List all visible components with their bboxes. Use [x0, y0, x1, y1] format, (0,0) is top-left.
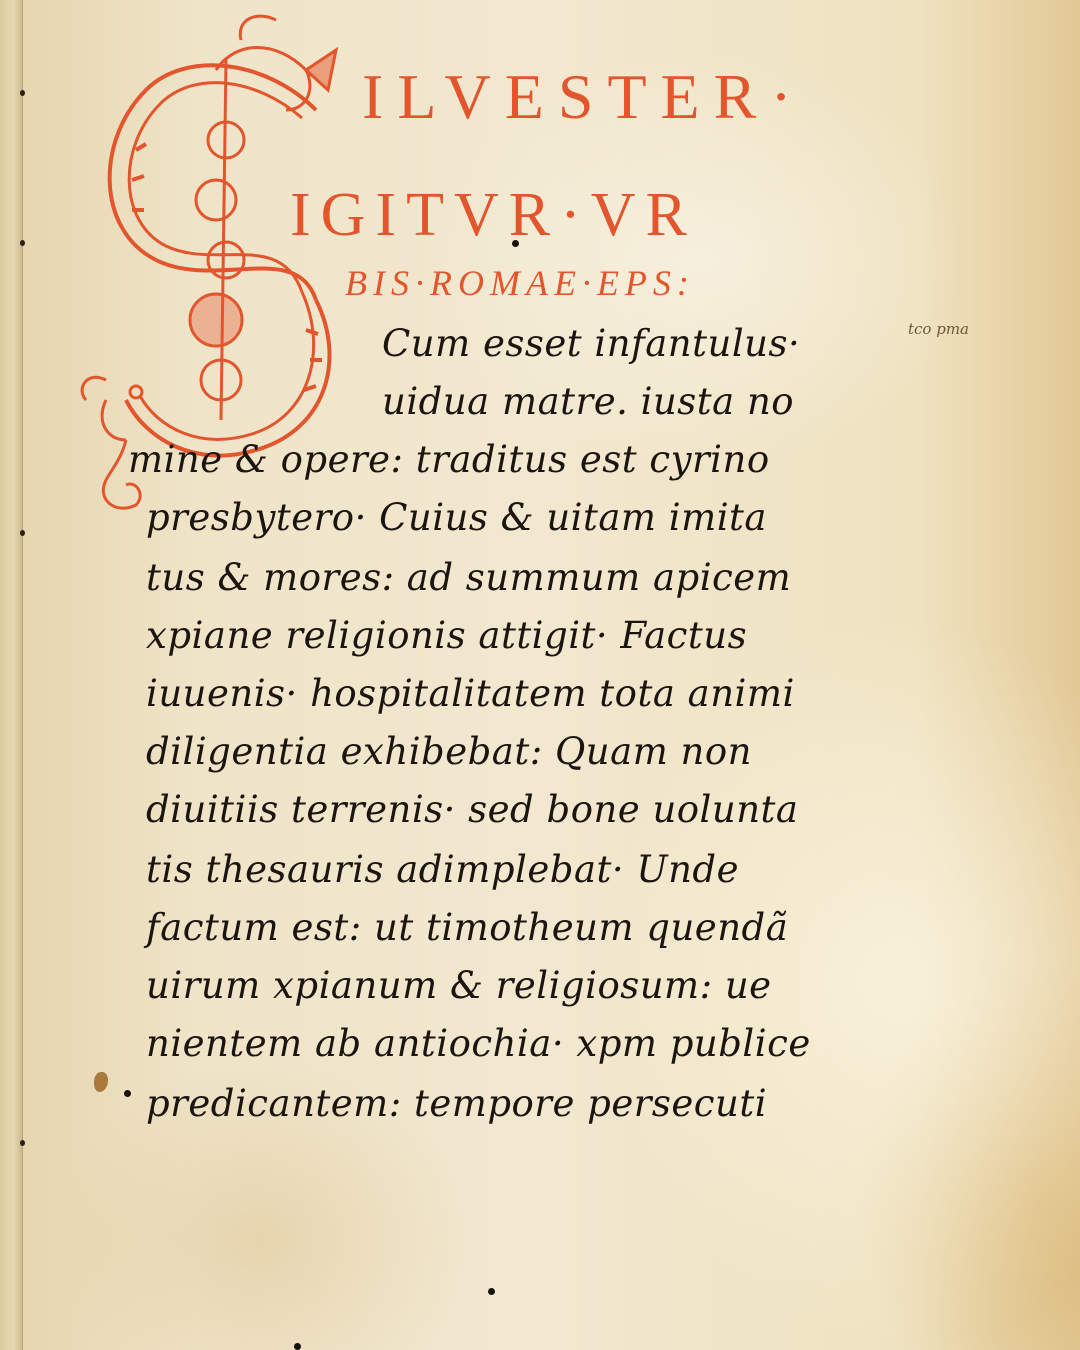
- binding-edge: [0, 0, 23, 1350]
- title-line-2: IGITVR·VR: [290, 180, 697, 251]
- stitch-hole: [20, 530, 25, 536]
- text-line: nientem ab antiochia· xpm publice: [146, 1022, 811, 1065]
- text-line: diligentia exhibebat: Quam non: [146, 730, 752, 773]
- text-line: factum est: ut timotheum quendã: [146, 906, 788, 949]
- text-line: diuitiis terrenis· sed bone uolunta: [146, 788, 798, 831]
- title-line-1: ILVESTER·: [362, 60, 806, 134]
- text-line: presbytero· Cuius & uitam imita: [146, 496, 767, 539]
- text-line: uidua matre. iusta no: [382, 380, 794, 423]
- marginal-note: tco pma: [908, 320, 969, 338]
- stitch-hole: [20, 240, 25, 246]
- text-line: mine & opere: traditus est cyrino: [128, 438, 770, 481]
- text-line: uirum xpianum & religiosum: ue: [146, 964, 772, 1007]
- ink-dot: [512, 240, 519, 247]
- stitch-hole: [20, 90, 25, 96]
- title-line-3: BIS·ROMAE·EPS:: [345, 262, 695, 304]
- text-line: Cum esset infantulus·: [382, 322, 800, 365]
- ink-stain: [94, 1072, 108, 1092]
- text-line: predicantem: tempore persecuti: [146, 1082, 767, 1125]
- text-line: xpiane religionis attigit· Factus: [146, 614, 747, 657]
- text-line: iuuenis· hospitalitatem tota animi: [146, 672, 795, 715]
- manuscript-page: ILVESTER· IGITVR·VR BIS·ROMAE·EPS: tco p…: [0, 0, 1080, 1350]
- ink-dot: [124, 1090, 131, 1097]
- text-line: tis thesauris adimplebat· Unde: [146, 848, 739, 891]
- ink-dot: [488, 1288, 495, 1295]
- stitch-hole: [20, 1140, 25, 1146]
- text-line: tus & mores: ad summum apicem: [146, 556, 791, 599]
- ink-dot: [294, 1343, 301, 1350]
